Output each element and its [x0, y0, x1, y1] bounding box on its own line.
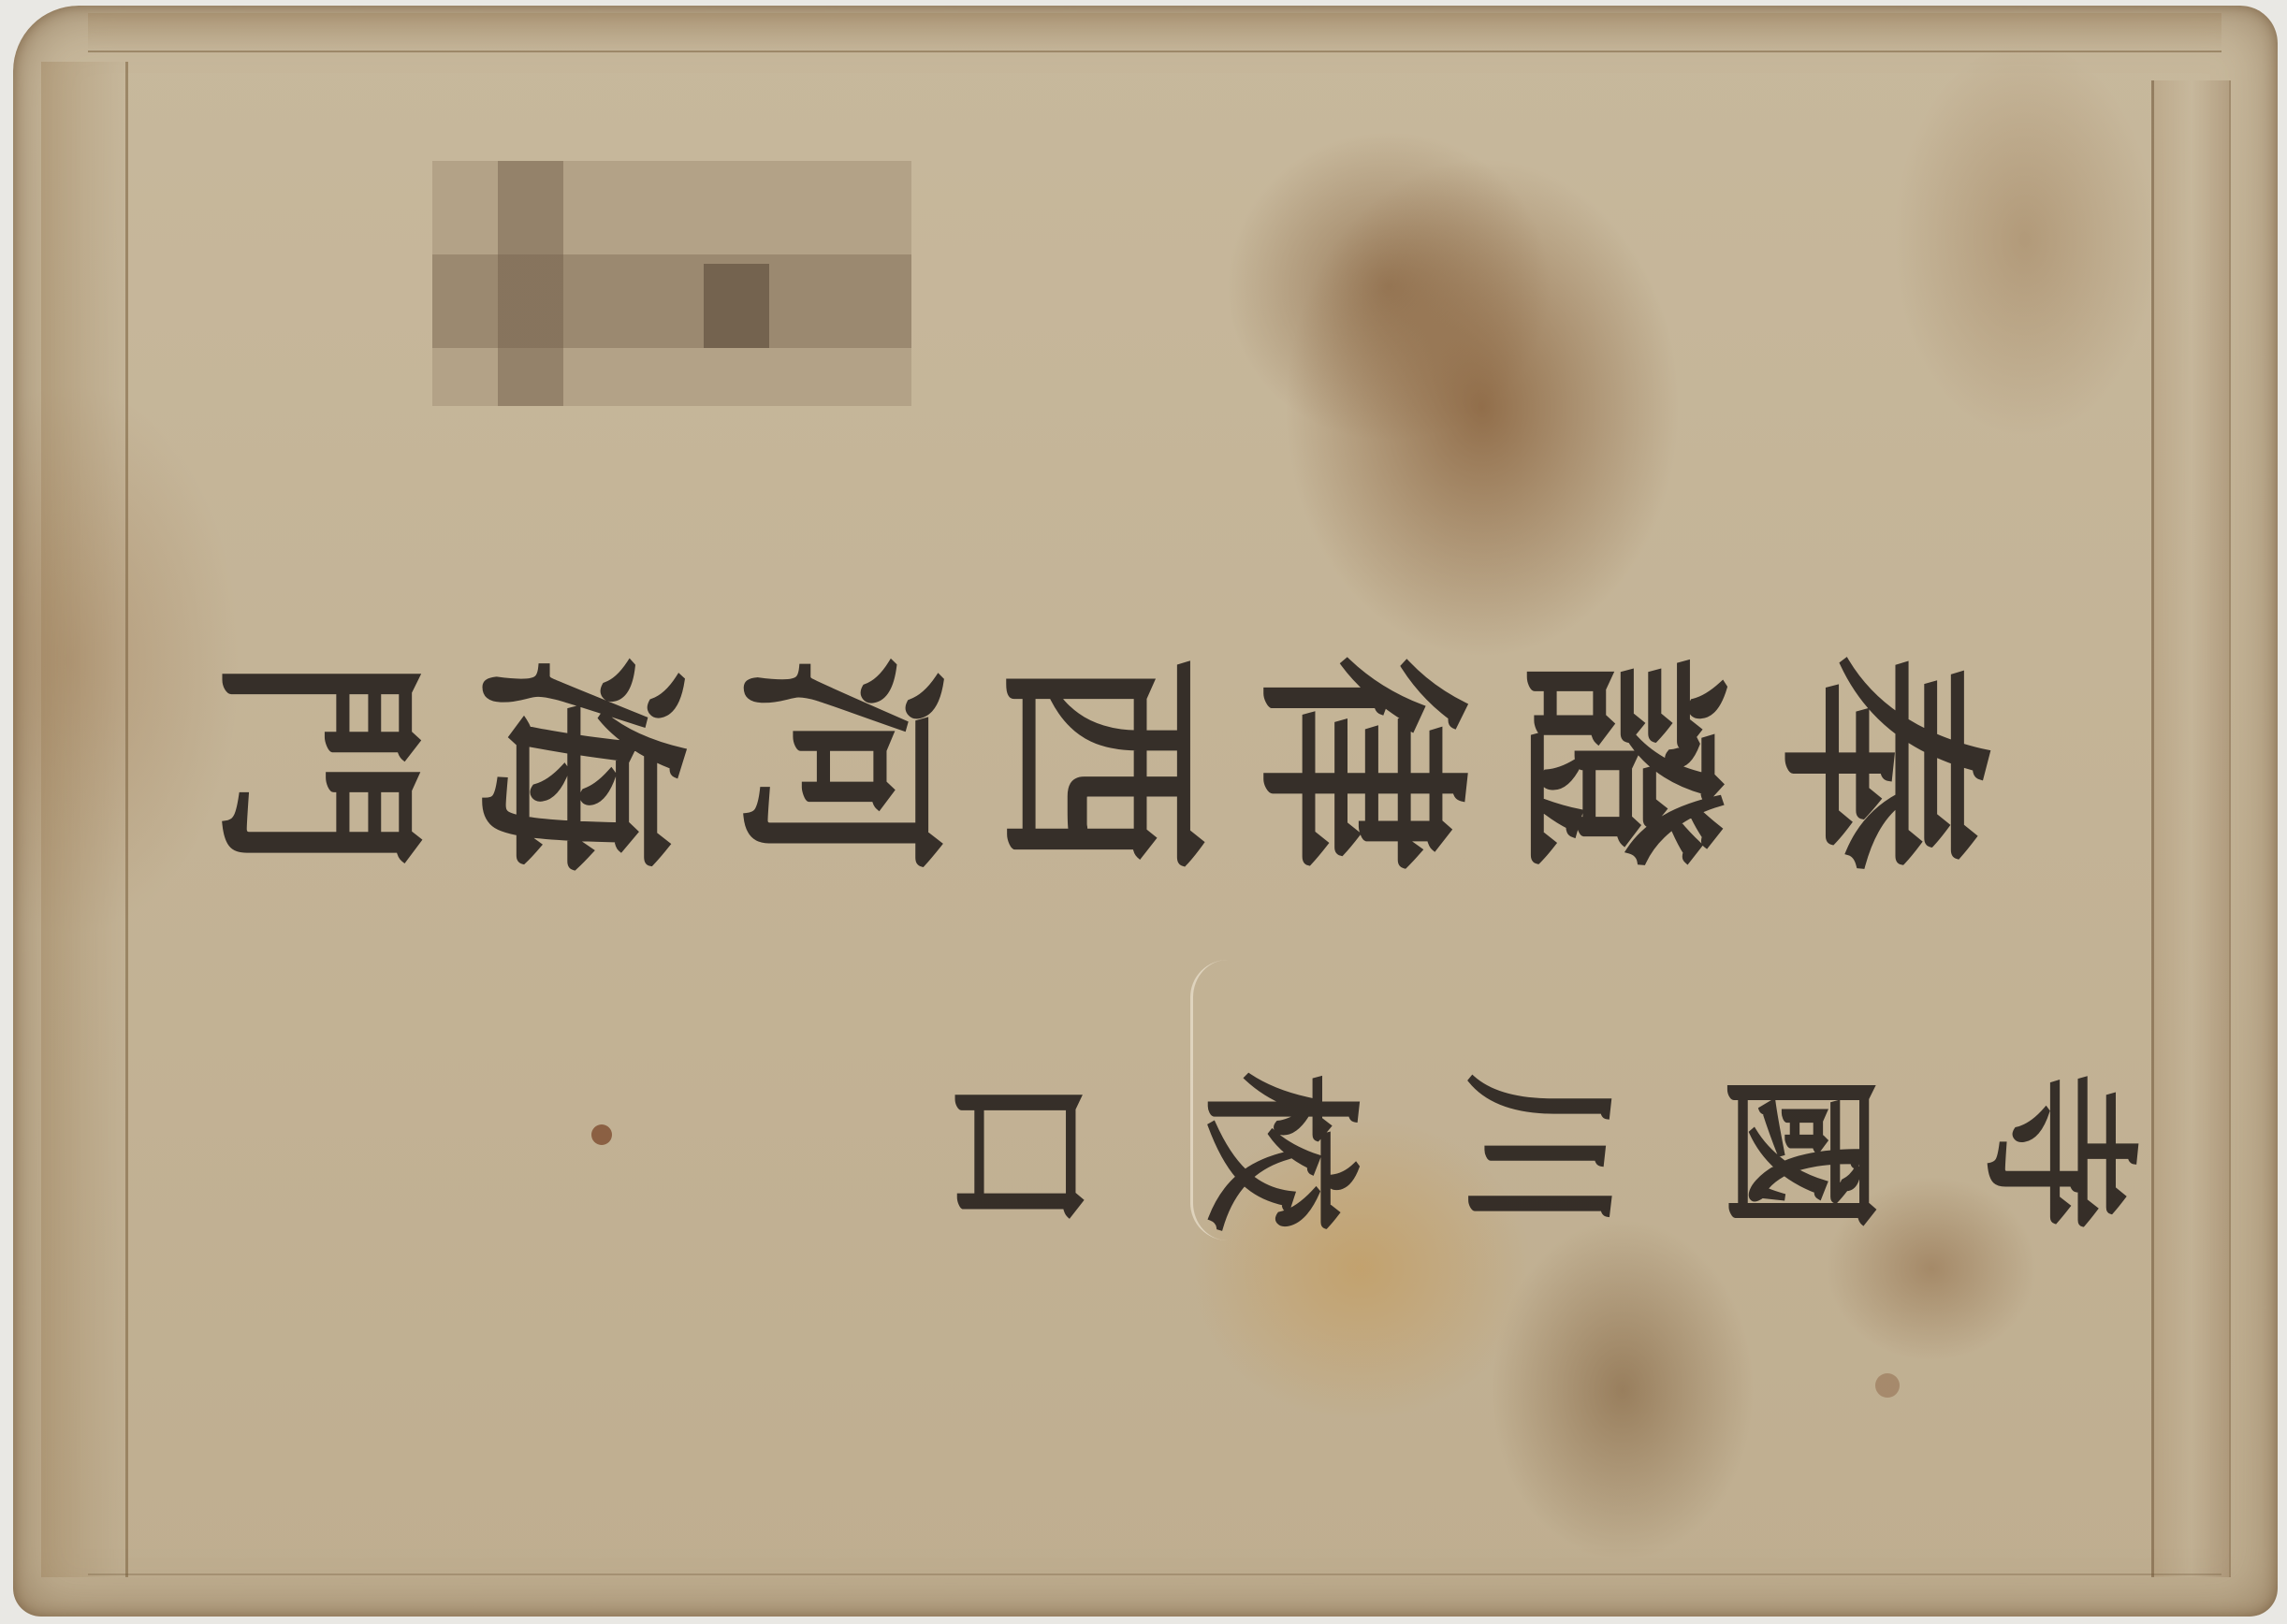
calligraphy-glyph: 河	[731, 656, 946, 871]
calligraphy-glyph: 西	[991, 656, 1206, 871]
bottom-folded-edge	[88, 1573, 2221, 1603]
calligraphy-glyph: 口	[940, 1072, 1099, 1231]
calligraphy-glyph: 奉	[1772, 656, 1988, 871]
manuscript-cover: 奉 證 律 西 河 海 門 寺 國 川 校 口	[13, 6, 2278, 1617]
calligraphy-glyph: 國	[1718, 1072, 1877, 1231]
calligraphy-glyph: 證	[1512, 656, 1727, 871]
ink-spot	[1875, 1373, 1900, 1398]
calligraphy-glyph: 海	[470, 656, 685, 871]
calligraphy-glyph: 律	[1251, 656, 1466, 871]
calligraphy-glyph: 校	[1199, 1072, 1358, 1231]
left-folded-edge	[41, 62, 128, 1577]
calligraphy-column-2: 寺 國 川 校 口	[940, 1044, 2137, 1259]
top-folded-edge	[88, 13, 2221, 52]
calligraphy-glyph: 門	[210, 656, 425, 871]
redacted-label	[432, 161, 911, 406]
calligraphy-column-1: 奉 證 律 西 河 海 門	[210, 604, 1988, 922]
ink-spot	[591, 1124, 612, 1145]
right-folded-edge	[2151, 80, 2231, 1577]
calligraphy-glyph: 寺	[1978, 1072, 2137, 1231]
calligraphy-glyph: 川	[1459, 1072, 1618, 1231]
